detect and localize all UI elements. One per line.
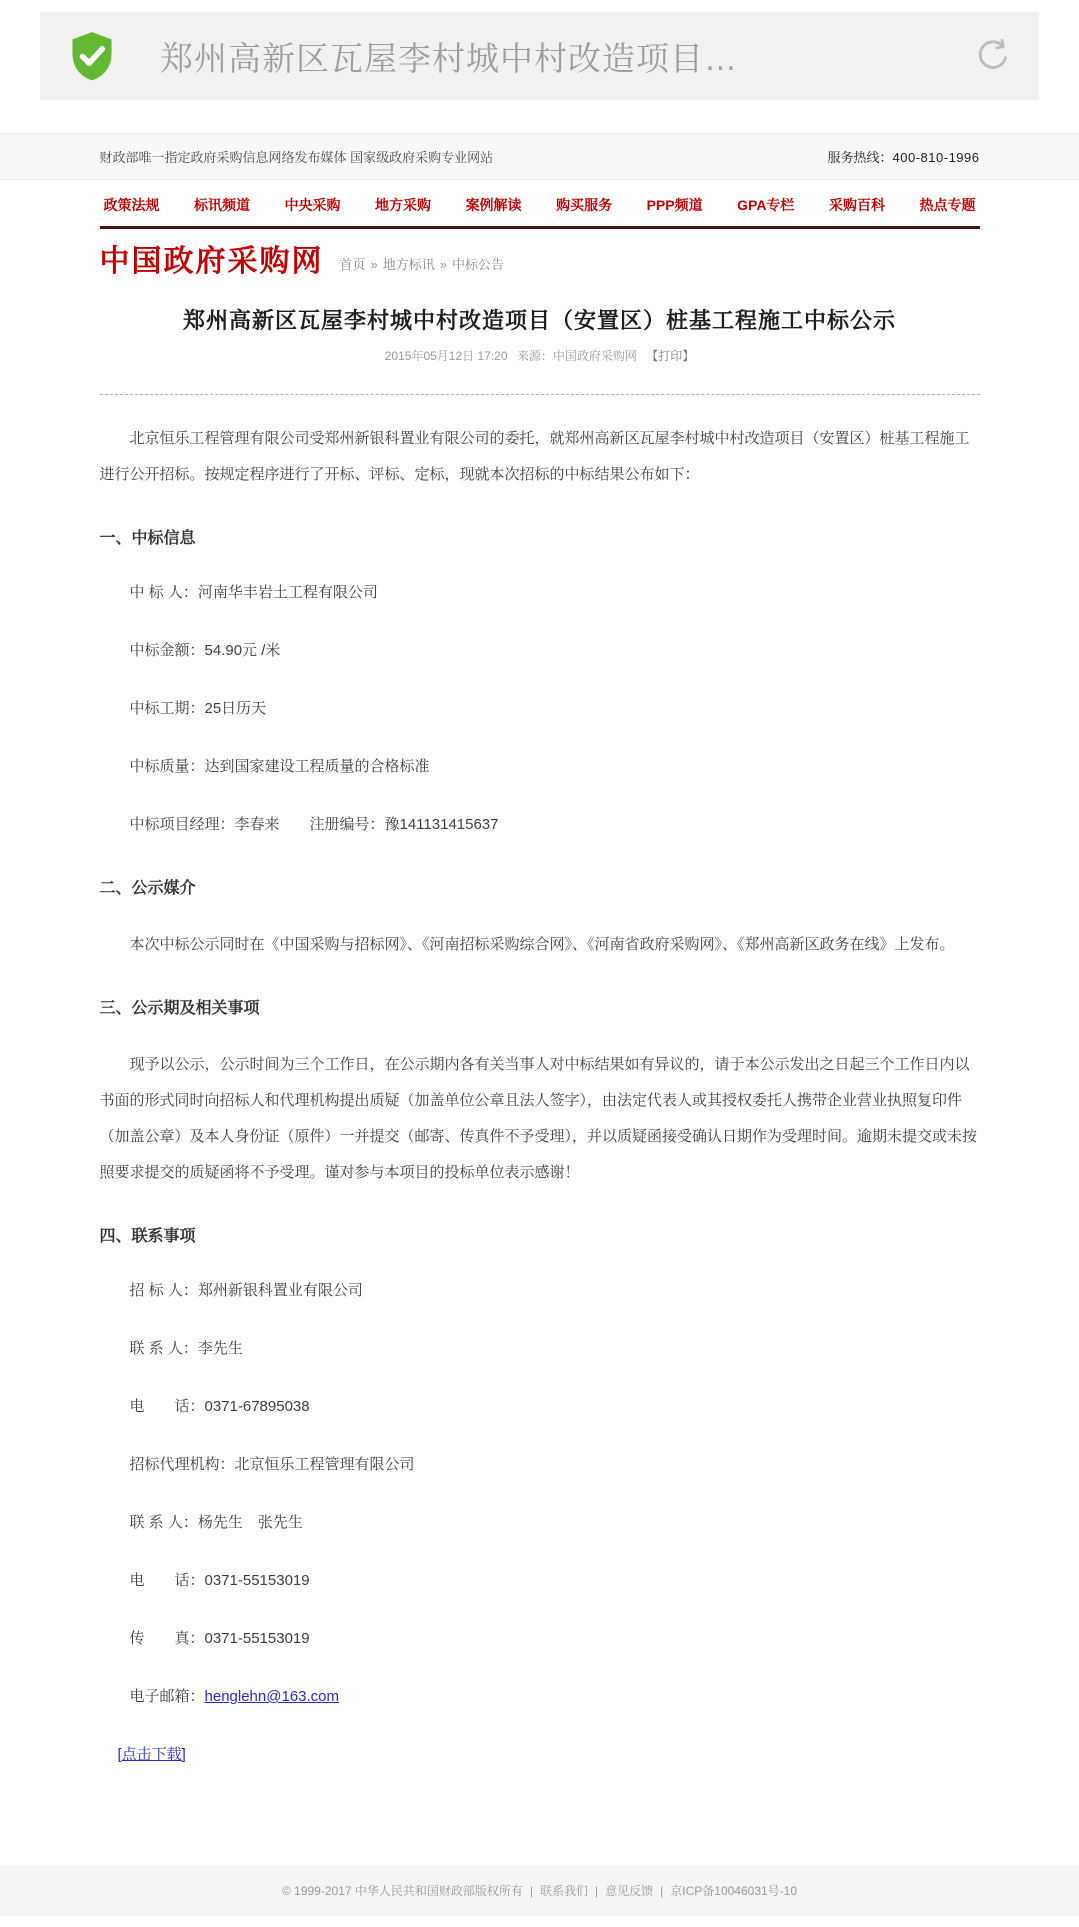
contact-phone-tenderer: 电 话：0371-67895038 — [100, 1389, 980, 1425]
site-tagline-strip: 财政部唯一指定政府采购信息网络发布媒体 国家级政府采购专业网站 服务热线：400… — [0, 133, 1079, 180]
nav-item-local-procurement[interactable]: 地方采购 — [375, 195, 431, 215]
contact-agency: 招标代理机构：北京恒乐工程管理有限公司 — [100, 1447, 980, 1483]
email-label: 电子邮箱： — [130, 1688, 205, 1705]
breadcrumb-current: 中标公告 — [452, 257, 504, 272]
publicity-period-paragraph: 现予以公示，公示时间为三个工作日，在公示期内各有关当事人对中标结果如有异议的，请… — [100, 1047, 980, 1191]
page-title-truncated: 郑州高新区瓦屋李村城中村改造项目… — [160, 33, 953, 80]
footer-separator: | — [660, 1884, 663, 1898]
award-amount: 中标金额：54.90元 /米 — [100, 633, 980, 669]
section-heading-award-info: 一、中标信息 — [100, 527, 980, 551]
intro-paragraph: 北京恒乐工程管理有限公司受郑州新银科置业有限公司的委托，就郑州高新区瓦屋李村城中… — [100, 421, 980, 493]
icp-license-link[interactable]: 京ICP备10046031号-10 — [670, 1884, 797, 1898]
contact-person-agency: 联 系 人：杨先生 张先生 — [100, 1505, 980, 1541]
refresh-icon[interactable] — [973, 36, 1013, 76]
breadcrumb-local-news[interactable]: 地方标讯 — [383, 257, 435, 272]
site-logo[interactable]: 中国政府采购网 — [100, 245, 324, 278]
award-project-manager: 中标项目经理：李春来 注册编号：豫141131415637 — [100, 807, 980, 843]
section-heading-publicity-period: 三、公示期及相关事项 — [100, 997, 980, 1021]
contact-phone-agency: 电 话：0371-55153019 — [100, 1563, 980, 1599]
nav-item-central-procurement[interactable]: 中央采购 — [285, 195, 341, 215]
article-body: 北京恒乐工程管理有限公司受郑州新银科置业有限公司的委托，就郑州高新区瓦屋李村城中… — [100, 421, 980, 1773]
email-row: 电子邮箱：henglehn@163.com — [100, 1679, 980, 1715]
security-shield-icon[interactable] — [66, 29, 118, 83]
nav-item-gpa-column[interactable]: GPA专栏 — [737, 195, 794, 215]
page-footer: © 1999-2017 中华人民共和国财政部版权所有|联系我们|意见反馈|京IC… — [0, 1865, 1079, 1916]
breadcrumb-home[interactable]: 首页 — [340, 257, 366, 272]
copyright-text: © 1999-2017 中华人民共和国财政部版权所有 — [282, 1884, 523, 1898]
publicity-media-paragraph: 本次中标公示同时在《中国采购与招标网》、《河南招标采购综合网》、《河南省政府采购… — [100, 927, 980, 963]
publish-datetime: 2015年05月12日 17:20 — [385, 349, 508, 363]
source-label: 来源： — [517, 349, 553, 363]
nav-item-case-analysis[interactable]: 案例解读 — [466, 195, 522, 215]
service-hotline: 服务热线：400-810-1996 — [828, 147, 980, 166]
nav-item-policy[interactable]: 政策法规 — [104, 195, 160, 215]
nav-item-purchase-services[interactable]: 购买服务 — [556, 195, 612, 215]
nav-item-ppp-channel[interactable]: PPP频道 — [647, 195, 703, 215]
hotline-label: 服务热线： — [828, 150, 893, 165]
site-tagline: 财政部唯一指定政府采购信息网络发布媒体 国家级政府采购专业网站 — [100, 147, 494, 166]
contact-person-tenderer: 联 系 人：李先生 — [100, 1331, 980, 1367]
nav-item-bidding-news[interactable]: 标讯频道 — [194, 195, 250, 215]
article-meta: 2015年05月12日 17:20 来源：中国政府采购网 【打印】 — [100, 347, 980, 364]
contact-tenderer: 招 标 人：郑州新银科置业有限公司 — [100, 1273, 980, 1309]
breadcrumb-separator: » — [440, 257, 447, 272]
download-link[interactable]: [点击下载] — [118, 1746, 186, 1763]
contact-fax-agency: 传 真：0371-55153019 — [100, 1621, 980, 1657]
award-winner: 中 标 人：河南华丰岩土工程有限公司 — [100, 575, 980, 611]
breadcrumb-separator: » — [371, 257, 378, 272]
masthead: 中国政府采购网 首页»地方标讯»中标公告 — [100, 245, 980, 278]
breadcrumb: 首页»地方标讯»中标公告 — [340, 254, 505, 278]
section-heading-publicity-media: 二、公示媒介 — [100, 877, 980, 901]
article: 郑州高新区瓦屋李村城中村改造项目（安置区）桩基工程施工中标公示 2015年05月… — [100, 304, 980, 1865]
main-nav: 政策法规 标讯频道 中央采购 地方采购 案例解读 购买服务 PPP频道 GPA专… — [100, 180, 980, 229]
footer-separator: | — [530, 1884, 533, 1898]
contact-us-link[interactable]: 联系我们 — [540, 1884, 588, 1898]
print-button[interactable]: 【打印】 — [646, 349, 694, 363]
hotline-number: 400-810-1996 — [893, 150, 980, 165]
email-link[interactable]: henglehn@163.com — [205, 1688, 340, 1705]
dashed-divider — [100, 394, 980, 395]
source-name: 中国政府采购网 — [553, 349, 637, 363]
section-heading-contact: 四、联系事项 — [100, 1225, 980, 1249]
nav-item-procurement-wiki[interactable]: 采购百科 — [829, 195, 885, 215]
award-duration: 中标工期：25日历天 — [100, 691, 980, 727]
browser-top-bar: 郑州高新区瓦屋李村城中村改造项目… — [40, 12, 1039, 100]
footer-separator: | — [595, 1884, 598, 1898]
download-row: [点击下载] — [100, 1737, 980, 1773]
article-title: 郑州高新区瓦屋李村城中村改造项目（安置区）桩基工程施工中标公示 — [100, 304, 980, 335]
nav-item-hot-topics[interactable]: 热点专题 — [919, 195, 975, 215]
award-quality: 中标质量：达到国家建设工程质量的合格标准 — [100, 749, 980, 785]
feedback-link[interactable]: 意见反馈 — [605, 1884, 653, 1898]
